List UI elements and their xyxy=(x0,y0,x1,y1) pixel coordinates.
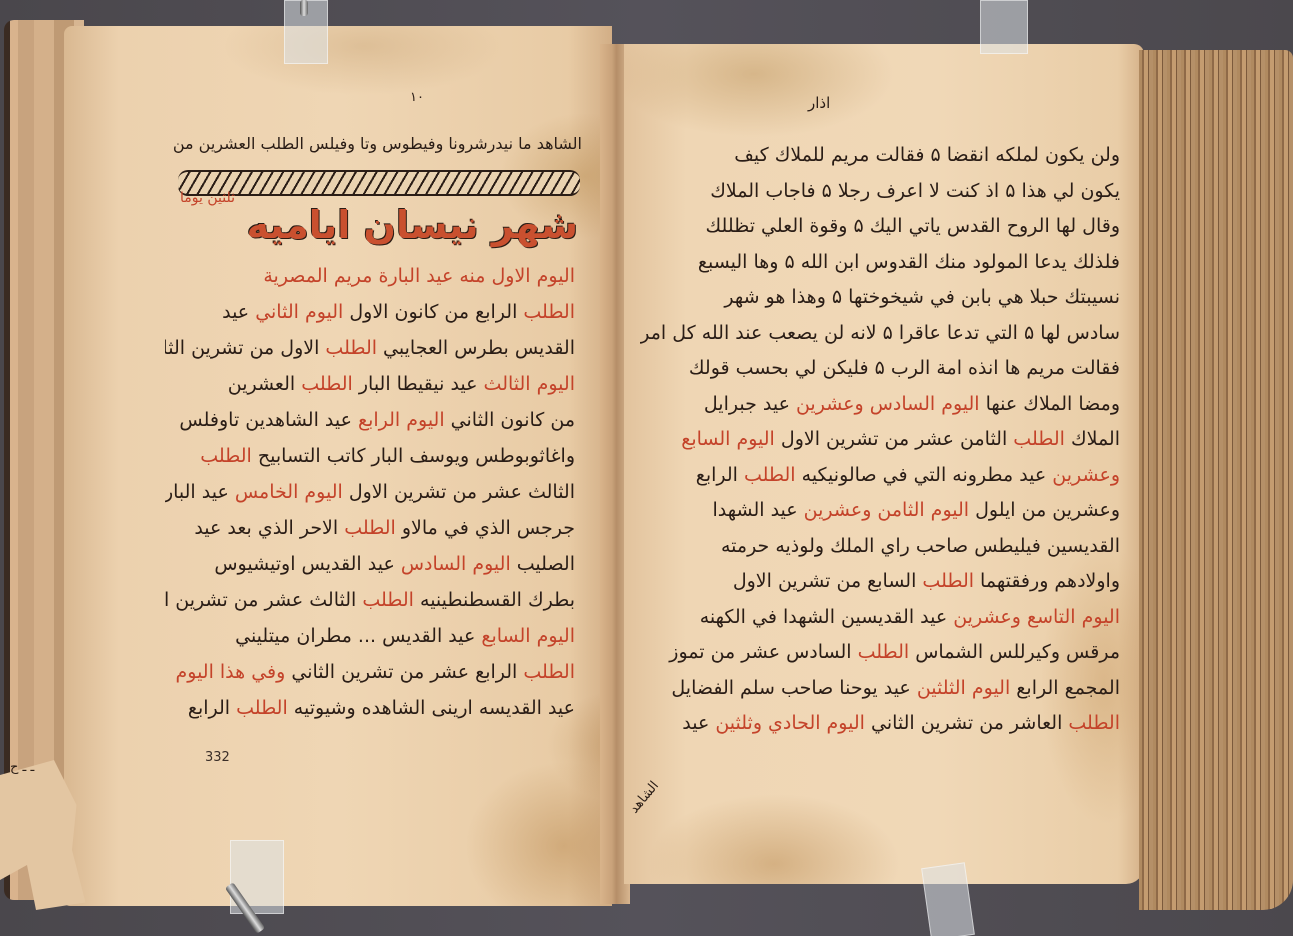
manuscript-line: ومضا الملاك عنها اليوم السادس وعشرين عيد… xyxy=(640,387,1120,423)
manuscript-line: وعشرين عيد مطرونه التي في صالونيكيه الطل… xyxy=(640,458,1120,494)
rubric-text: اليوم الثلثين xyxy=(917,677,1010,699)
body-text: عيد القديس ... مطران ميتليني xyxy=(235,625,481,647)
manuscript-line: القديس بطرس العجايبي الطلب الاول من تشري… xyxy=(165,330,575,366)
body-text: الاحر الذي بعد عيد xyxy=(194,517,344,539)
rubric-text: الطلب xyxy=(523,301,575,323)
body-text: يكون لي هذا ۵ اذ كنت لا اعرف رجلا ۵ فاجا… xyxy=(710,180,1120,202)
rubric-text: الطلب xyxy=(362,589,414,611)
manuscript-line: فقالت مريم ها انذه امة الرب ۵ فليكن لي ب… xyxy=(640,351,1120,387)
manuscript-line: سادس لها ۵ التي تدعا عاقرا ۵ لانه لن يصع… xyxy=(640,316,1120,352)
manuscript-line: الثالث عشر من تشرين الاول اليوم الخامس ع… xyxy=(165,474,575,510)
body-text: العاشر من تشرين الثاني xyxy=(865,712,1068,734)
body-text: نسيبتك حبلا هي بابن في شيخوختها ۵ وهذا ه… xyxy=(724,286,1120,308)
manuscript-line: واغاثوبوطس ويوسف البار كاتب التسابيح الط… xyxy=(165,438,575,474)
body-text: عيد مطرونه التي في صالونيكيه xyxy=(796,464,1053,486)
tape-strip-top-right xyxy=(980,0,1028,54)
body-text: المجمع الرابع xyxy=(1010,677,1120,699)
body-text: عيد نيقيطا البار xyxy=(353,373,484,395)
rubric-text: الطلب xyxy=(344,517,396,539)
rubric-text: اليوم الرابع xyxy=(358,409,445,431)
rubric-text: وعشرين xyxy=(1052,464,1120,486)
body-text: واولادهم ورفقتهما xyxy=(974,570,1120,592)
rubric-text: اليوم السادس وعشرين xyxy=(796,393,980,415)
rubric-text: الطلب xyxy=(922,570,974,592)
manuscript-line: من كانون الثاني اليوم الرابع عيد الشاهدي… xyxy=(165,402,575,438)
body-text: الرابع عشر من تشرين الثاني xyxy=(285,661,523,683)
manuscript-line: اليوم التاسع وعشرين عيد القديسين الشهدا … xyxy=(640,600,1120,636)
rubric-text: الطلب xyxy=(744,464,796,486)
manuscript-line: المجمع الرابع اليوم الثلثين عيد يوحنا صا… xyxy=(640,671,1120,707)
body-text: الثالث عشر من تشرين الاول xyxy=(343,481,575,503)
body-text: الملاك xyxy=(1065,428,1120,450)
manuscript-line: الطلب الرابع عشر من تشرين الثاني وفي هذا… xyxy=(165,654,575,690)
rubric-text: اليوم الاول منه عيد البارة مريم المصرية xyxy=(263,265,575,287)
body-text: عيد xyxy=(222,301,255,323)
body-text: عيد القديسه ارينى الشاهده وشيوتيه xyxy=(288,697,575,719)
manuscript-line: الصليب اليوم السادس عيد القديس اوتيشيوس xyxy=(165,546,575,582)
manuscript-line: اليوم السابع عيد القديس ... مطران ميتلين… xyxy=(165,618,575,654)
body-text: عيد يوحنا صاحب سلم الفضايل xyxy=(671,677,916,699)
left-body-text: اليوم الاول منه عيد البارة مريم المصريةا… xyxy=(165,258,575,726)
body-text: مرقس وكيرللس الشماس xyxy=(909,641,1120,663)
body-text: الرابع xyxy=(188,697,236,719)
body-text: الاول من تشرين الثاني xyxy=(165,337,325,359)
rubric-text: اليوم الحادي وثلثين xyxy=(715,712,865,734)
body-text: الرابع xyxy=(696,464,744,486)
manuscript-line: فلذلك يدعا المولود منك القدوس ابن الله ۵… xyxy=(640,245,1120,281)
rubric-text: الطلب xyxy=(301,373,353,395)
page-number: 332 xyxy=(205,750,230,765)
rubric-text: اليوم التاسع وعشرين xyxy=(953,606,1120,628)
body-text: وقال لها الروح القدس ياتي اليك ۵ وقوة ال… xyxy=(706,215,1120,237)
rubric-text: الطلب xyxy=(200,445,252,467)
manuscript-line: اليوم الثالث عيد نيقيطا البار الطلب العش… xyxy=(165,366,575,402)
month-title: شهر نيسان اياميه xyxy=(178,196,578,254)
body-text: عيد القديسين الشهدا في الكهنه xyxy=(700,606,954,628)
manuscript-line: نسيبتك حبلا هي بابن في شيخوختها ۵ وهذا ه… xyxy=(640,280,1120,316)
body-text: وعشرين من ايلول xyxy=(969,499,1120,521)
manuscript-line: يكون لي هذا ۵ اذ كنت لا اعرف رجلا ۵ فاجا… xyxy=(640,174,1120,210)
folio-mark: ١٠ xyxy=(410,90,424,105)
body-text: عيد القديس اوتيشيوس xyxy=(214,553,401,575)
left-line-1: الشاهد ما نيدرشرونا وفيطوس وتا وفيلس الط… xyxy=(170,126,582,162)
month-title-sub: ثلثين يوما xyxy=(180,190,235,206)
body-text: عيد الشاهدين تاوفلس xyxy=(179,409,358,431)
body-text: جرجس الذي في مالاو xyxy=(396,517,575,539)
body-text: عيد xyxy=(682,712,715,734)
manuscript-line: وقال لها الروح القدس ياتي اليك ۵ وقوة ال… xyxy=(640,209,1120,245)
fore-edge-pages xyxy=(1139,50,1293,910)
body-text: من كانون الثاني xyxy=(445,409,575,431)
rubric-text: وفي هذا اليوم xyxy=(175,661,285,683)
rubric-text: الطلب xyxy=(858,641,910,663)
body-text: السابع من تشرين الاول xyxy=(733,570,923,592)
body-text: الثالث عشر من تشرين الثاني xyxy=(165,589,362,611)
rubric-text: اليوم السادس xyxy=(401,553,511,575)
body-text: بطرك القسطنطينيه xyxy=(414,589,575,611)
manuscript-line: وعشرين من ايلول اليوم الثامن وعشرين عيد … xyxy=(640,493,1120,529)
body-text: عيد الشهدا xyxy=(713,499,804,521)
rubric-text: اليوم السابع xyxy=(481,625,575,647)
manuscript-line: القديسين فيليطس صاحب راي الملك ولوذيه حر… xyxy=(640,529,1120,565)
body-text: الصليب xyxy=(511,553,575,575)
body-text: واغاثوبوطس ويوسف البار كاتب التسابيح xyxy=(252,445,575,467)
manuscript-line: واولادهم ورفقتهما الطلب السابع من تشرين … xyxy=(640,564,1120,600)
rubric-text: الطلب xyxy=(1013,428,1065,450)
rubric-text: اليوم الثامن وعشرين xyxy=(804,499,969,521)
body-text: القديس بطرس العجايبي xyxy=(377,337,575,359)
bottom-margin-note: ـ ـ ح xyxy=(10,760,34,775)
rubric-text: اليوم الثالث xyxy=(484,373,575,395)
body-text: عيد جبرايل xyxy=(704,393,796,415)
body-text: ولن يكون لملكه انقضا ۵ فقالت مريم للملاك… xyxy=(734,144,1120,166)
rubric-text: الطلب xyxy=(1068,712,1120,734)
rubric-text: الطلب xyxy=(325,337,377,359)
body-text: الرابع من كانون الاول xyxy=(343,301,523,323)
manuscript-line: الطلب الرابع من كانون الاول اليوم الثاني… xyxy=(165,294,575,330)
body-text: سادس لها ۵ التي تدعا عاقرا ۵ لانه لن يصع… xyxy=(640,322,1120,344)
body-text: الثامن عشر من تشرين الاول xyxy=(775,428,1013,450)
manuscript-line: الطلب العاشر من تشرين الثاني اليوم الحاد… xyxy=(640,706,1120,742)
manuscript-line: عيد القديسه ارينى الشاهده وشيوتيه الطلب … xyxy=(165,690,575,726)
rubric-text: الطلب xyxy=(236,697,288,719)
manuscript-line: الملاك الطلب الثامن عشر من تشرين الاول ا… xyxy=(640,422,1120,458)
manuscript-line: بطرك القسطنطينيه الطلب الثالث عشر من تشر… xyxy=(165,582,575,618)
right-body-text: ولن يكون لملكه انقضا ۵ فقالت مريم للملاك… xyxy=(640,138,1120,742)
right-page-header: اذار xyxy=(808,94,830,112)
body-text: فقالت مريم ها انذه امة الرب ۵ فليكن لي ب… xyxy=(689,357,1120,379)
clip-top-left-icon xyxy=(300,0,308,16)
braided-ornament xyxy=(178,170,580,196)
body-text: العشرين xyxy=(228,373,301,395)
body-text: السادس عشر من تموز xyxy=(669,641,857,663)
rubric-text: اليوم الثاني xyxy=(255,301,343,323)
body-text: القديسين فيليطس صاحب راي الملك ولوذيه حر… xyxy=(721,535,1120,557)
rubric-text: اليوم الخامس xyxy=(235,481,343,503)
manuscript-line: جرجس الذي في مالاو الطلب الاحر الذي بعد … xyxy=(165,510,575,546)
manuscript-line: مرقس وكيرللس الشماس الطلب السادس عشر من … xyxy=(640,635,1120,671)
body-text: فلذلك يدعا المولود منك القدوس ابن الله ۵… xyxy=(698,251,1120,273)
rubric-text: الطلب xyxy=(523,661,575,683)
manuscript-line: اليوم الاول منه عيد البارة مريم المصرية xyxy=(165,258,575,294)
rubric-text: اليوم السابع xyxy=(681,428,775,450)
body-text: عيد البار xyxy=(165,481,235,503)
body-text: ومضا الملاك عنها xyxy=(980,393,1120,415)
manuscript-line: ولن يكون لملكه انقضا ۵ فقالت مريم للملاك… xyxy=(640,138,1120,174)
